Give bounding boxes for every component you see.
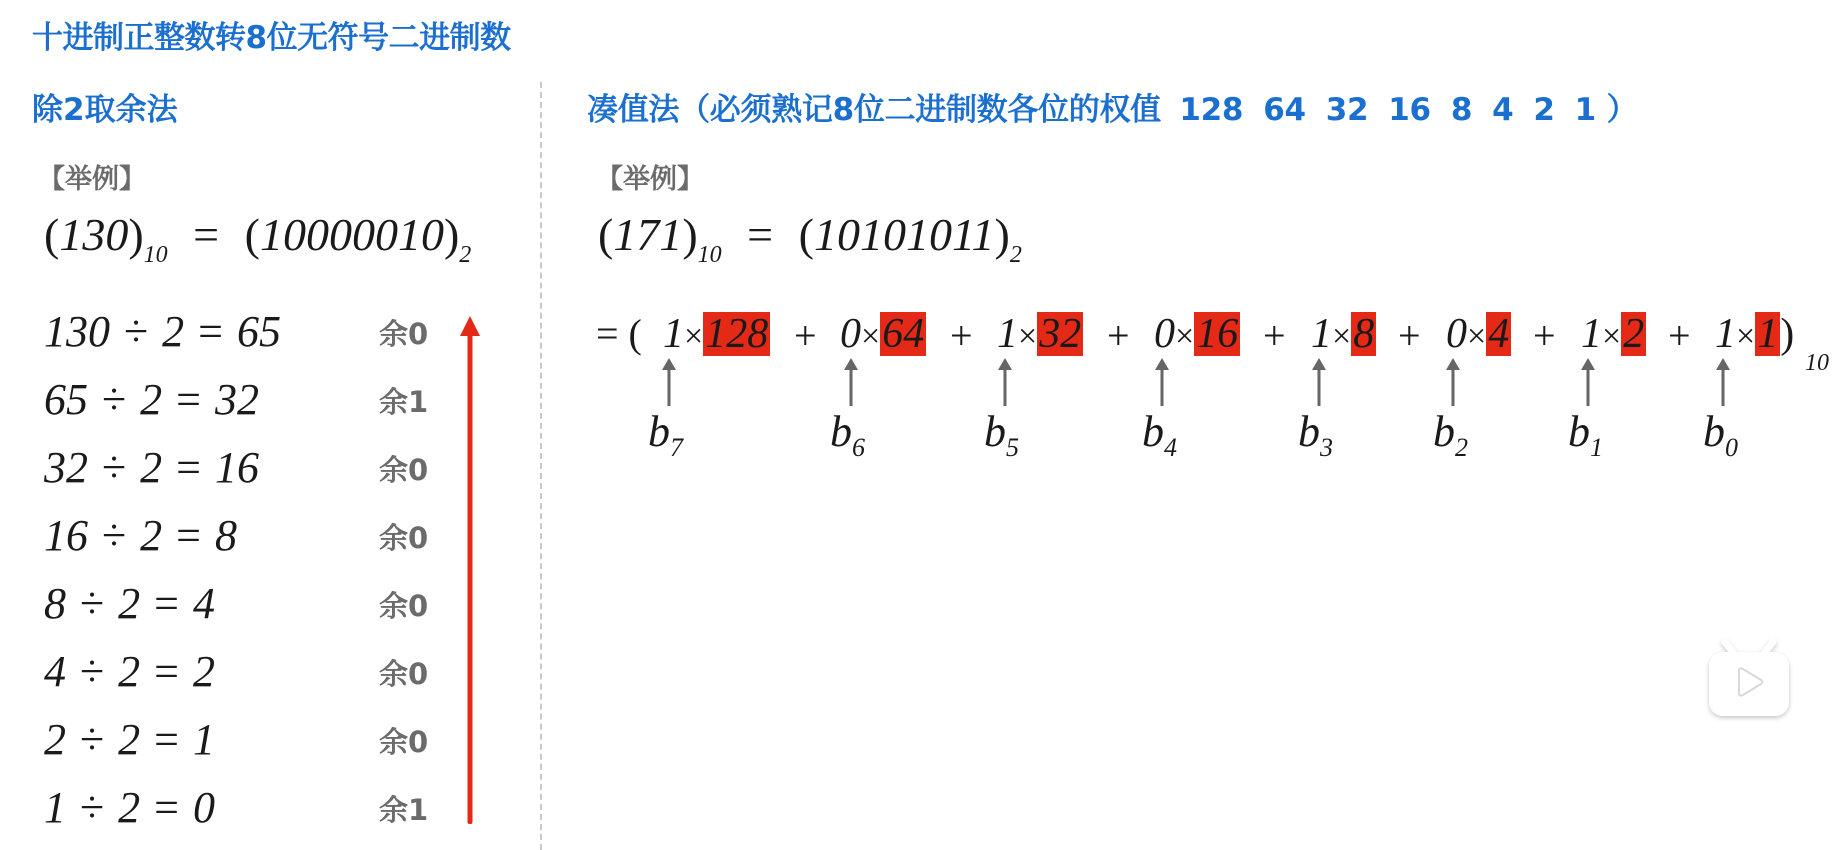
decimal-value: 171 bbox=[613, 209, 682, 260]
plus-sign: + bbox=[950, 312, 973, 360]
division-step: 1÷2=0 余1 bbox=[44, 782, 504, 850]
weighted-term: 1×128 bbox=[663, 310, 770, 361]
bit-label: b6 bbox=[830, 406, 865, 457]
plus-sign: + bbox=[1668, 312, 1691, 360]
division-step: 65÷2=32 余1 bbox=[44, 374, 504, 442]
up-arrow-icon bbox=[1312, 358, 1326, 406]
equals-sign: = bbox=[747, 209, 773, 260]
binary-base: 2 bbox=[1010, 242, 1022, 268]
weighted-term: 0×64 bbox=[840, 310, 926, 361]
plus-sign: + bbox=[1263, 312, 1286, 360]
weight-value: 32 bbox=[1326, 92, 1369, 128]
heading-suffix: ） bbox=[1606, 92, 1637, 128]
heading-prefix: 凑值法（必须熟记8位二进制数各位的权值 bbox=[587, 92, 1161, 128]
bit-label: b5 bbox=[984, 406, 1019, 457]
up-arrow-icon bbox=[998, 358, 1012, 406]
column-divider bbox=[540, 82, 542, 850]
up-arrow-icon bbox=[1716, 358, 1730, 406]
decimal-base: 10 bbox=[144, 242, 168, 268]
weight-value: 16 bbox=[1388, 92, 1431, 128]
method-heading-division: 除2取余法 bbox=[32, 84, 178, 129]
remainder: 余0 bbox=[379, 652, 428, 693]
weight-highlight: 16 bbox=[1194, 312, 1240, 356]
video-play-icon[interactable] bbox=[1703, 638, 1795, 722]
up-arrow-icon bbox=[1581, 358, 1595, 406]
remainder: 余0 bbox=[379, 720, 428, 761]
weighted-term: 0×4 bbox=[1446, 310, 1511, 361]
division-steps: 130÷2=65 余0 65÷2=32 余1 32÷2=16 余0 16÷2=8… bbox=[44, 306, 504, 850]
expansion-base: 10 bbox=[1805, 350, 1829, 377]
read-upward-arrow-icon bbox=[460, 316, 480, 824]
up-arrow-icon bbox=[844, 358, 858, 406]
weight-value: 2 bbox=[1533, 92, 1554, 128]
weighted-term: 1×1) bbox=[1715, 310, 1794, 361]
remainder: 余0 bbox=[379, 516, 428, 557]
example-label: 【举例】 bbox=[596, 157, 704, 196]
weighted-term: 1×8 bbox=[1311, 310, 1376, 361]
division-step: 4÷2=2 余0 bbox=[44, 646, 504, 714]
up-arrow-icon bbox=[1155, 358, 1169, 406]
weight-highlight: 4 bbox=[1486, 312, 1511, 356]
binary-value: 10101011 bbox=[814, 209, 995, 260]
weight-value: 8 bbox=[1451, 92, 1472, 128]
up-arrow-icon bbox=[1446, 358, 1460, 406]
bit-label: b4 bbox=[1142, 406, 1177, 457]
bit-label: b2 bbox=[1433, 406, 1468, 457]
conversion-equation: (171)10 = (10101011)2 bbox=[598, 208, 1022, 261]
weighted-term: 1×2 bbox=[1581, 310, 1646, 361]
remainder: 余1 bbox=[379, 380, 428, 421]
binary-base: 2 bbox=[459, 242, 471, 268]
weight-highlight: 2 bbox=[1621, 312, 1646, 356]
binary-value: 10000010 bbox=[260, 209, 444, 260]
decimal-base: 10 bbox=[698, 242, 722, 268]
remainder: 余0 bbox=[379, 584, 428, 625]
equals-sign: = bbox=[193, 209, 219, 260]
weight-highlight: 64 bbox=[880, 312, 926, 356]
weight-highlight: 1 bbox=[1755, 312, 1780, 356]
division-step: 2÷2=1 余0 bbox=[44, 714, 504, 782]
weight-value: 1 bbox=[1575, 92, 1596, 128]
bit-label: b7 bbox=[648, 406, 683, 457]
page-title: 十进制正整数转8位无符号二进制数 bbox=[32, 12, 511, 57]
conversion-equation: (130)10 = (10000010)2 bbox=[44, 208, 471, 261]
plus-sign: + bbox=[1107, 312, 1130, 360]
weights-list: 1286432168421 bbox=[1161, 92, 1607, 128]
weight-value: 64 bbox=[1263, 92, 1306, 128]
weight-value: 4 bbox=[1492, 92, 1513, 128]
division-step: 8÷2=4 余0 bbox=[44, 578, 504, 646]
example-label: 【举例】 bbox=[38, 157, 146, 196]
remainder: 余1 bbox=[379, 788, 428, 829]
division-step: 16÷2=8 余0 bbox=[44, 510, 504, 578]
up-arrow-icon bbox=[662, 358, 676, 406]
remainder: 余0 bbox=[379, 448, 428, 489]
plus-sign: + bbox=[1533, 312, 1556, 360]
weight-highlight: 32 bbox=[1037, 312, 1083, 356]
bit-label: b0 bbox=[1703, 406, 1738, 457]
weighted-term: 0×16 bbox=[1154, 310, 1240, 361]
bit-label: b1 bbox=[1568, 406, 1603, 457]
weight-value: 128 bbox=[1179, 92, 1243, 128]
division-step: 130÷2=65 余0 bbox=[44, 306, 504, 374]
remainder: 余0 bbox=[379, 312, 428, 353]
weighted-term: 1×32 bbox=[997, 310, 1083, 361]
division-step: 32÷2=16 余0 bbox=[44, 442, 504, 510]
weight-highlight: 128 bbox=[703, 312, 770, 356]
bit-label: b3 bbox=[1298, 406, 1333, 457]
decimal-value: 130 bbox=[59, 209, 128, 260]
plus-sign: + bbox=[1398, 312, 1421, 360]
plus-sign: + bbox=[794, 312, 817, 360]
method-heading-weights: 凑值法（必须熟记8位二进制数各位的权值 1286432168421 ） bbox=[587, 84, 1637, 129]
expansion-prefix: = ( bbox=[596, 310, 642, 358]
weight-highlight: 8 bbox=[1351, 312, 1376, 356]
